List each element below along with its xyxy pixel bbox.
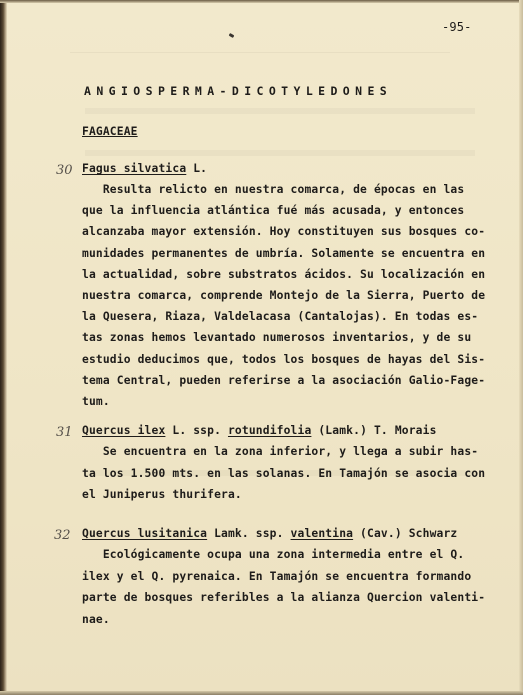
body-line: la actualidad, sobre substratos ácidos. … (82, 268, 485, 281)
species-name: Quercus lusitanica Lamk. ssp. valentina … (82, 527, 457, 540)
subspecies-name: valentina (291, 527, 354, 540)
margin-number: 30 (56, 163, 73, 178)
page-right-edge (519, 0, 523, 695)
body-line: tum. (82, 395, 110, 408)
page-bottom-edge (0, 691, 523, 695)
body-line: tas zonas hemos levantado numerosos inve… (82, 331, 471, 344)
body-line: ta los 1.500 mts. en las solanas. En Tam… (82, 467, 485, 480)
taxon-author: L. (186, 162, 207, 175)
taxon-author: Lamk. ssp. (207, 527, 290, 540)
taxon-name: Fagus silvatica (82, 162, 186, 175)
margin-number: 31 (56, 425, 73, 440)
body-line: el Juniperus thurifera. (82, 488, 242, 501)
taxon-name: Quercus lusitanica (82, 527, 207, 540)
subspecies-name: rotundifolia (228, 424, 311, 437)
body-line: alcanzaba mayor extensión. Hoy constituy… (82, 225, 485, 238)
section-heading: ANGIOSPERMA-DICOTYLEDONES (84, 84, 392, 98)
body-line: ilex y el Q. pyrenaica. En Tamajón se en… (82, 570, 471, 583)
bleed-through (70, 42, 450, 53)
body-line: la Quesera, Riaza, Valdelacasa (Cantaloj… (82, 310, 478, 323)
body-line: munidades permanentes de umbría. Solamen… (82, 247, 485, 260)
margin-number: 32 (54, 528, 71, 543)
taxon-author: L. ssp. (165, 424, 228, 437)
body-line: que la influencia atlántica fué más acus… (82, 204, 464, 217)
ink-mark (229, 33, 235, 38)
body-line: tema Central, pueden referirse a la asoc… (82, 374, 485, 387)
document-page: -95- ANGIOSPERMA-DICOTYLEDONES FAGACEAE … (0, 0, 523, 695)
page-number: -95- (442, 20, 472, 34)
body-line: Ecológicamente ocupa una zona intermedia… (82, 548, 464, 561)
family-heading: FAGACEAE (82, 125, 138, 138)
subspecies-author: (Cav.) Schwarz (353, 527, 457, 540)
bleed-through (85, 66, 285, 75)
taxon-name: Quercus ilex (82, 424, 165, 437)
body-line: Resulta relicto en nuestra comarca, de é… (82, 183, 464, 196)
species-name: Quercus ilex L. ssp. rotundifolia (Lamk.… (82, 424, 437, 437)
page-top-edge (0, 0, 523, 3)
page-binding-edge (0, 0, 7, 695)
bleed-through (85, 108, 475, 123)
body-line: estudio deducimos que, todos los bosques… (82, 353, 485, 366)
subspecies-author: (Lamk.) T. Morais (311, 424, 436, 437)
species-name: Fagus silvatica L. (82, 162, 207, 175)
body-line: nuestra comarca, comprende Montejo de la… (82, 289, 485, 302)
body-line: Se encuentra en la zona inferior, y lleg… (82, 445, 478, 458)
body-line: nae. (82, 613, 110, 626)
body-line: parte de bosques referibles a la alianza… (82, 591, 485, 604)
